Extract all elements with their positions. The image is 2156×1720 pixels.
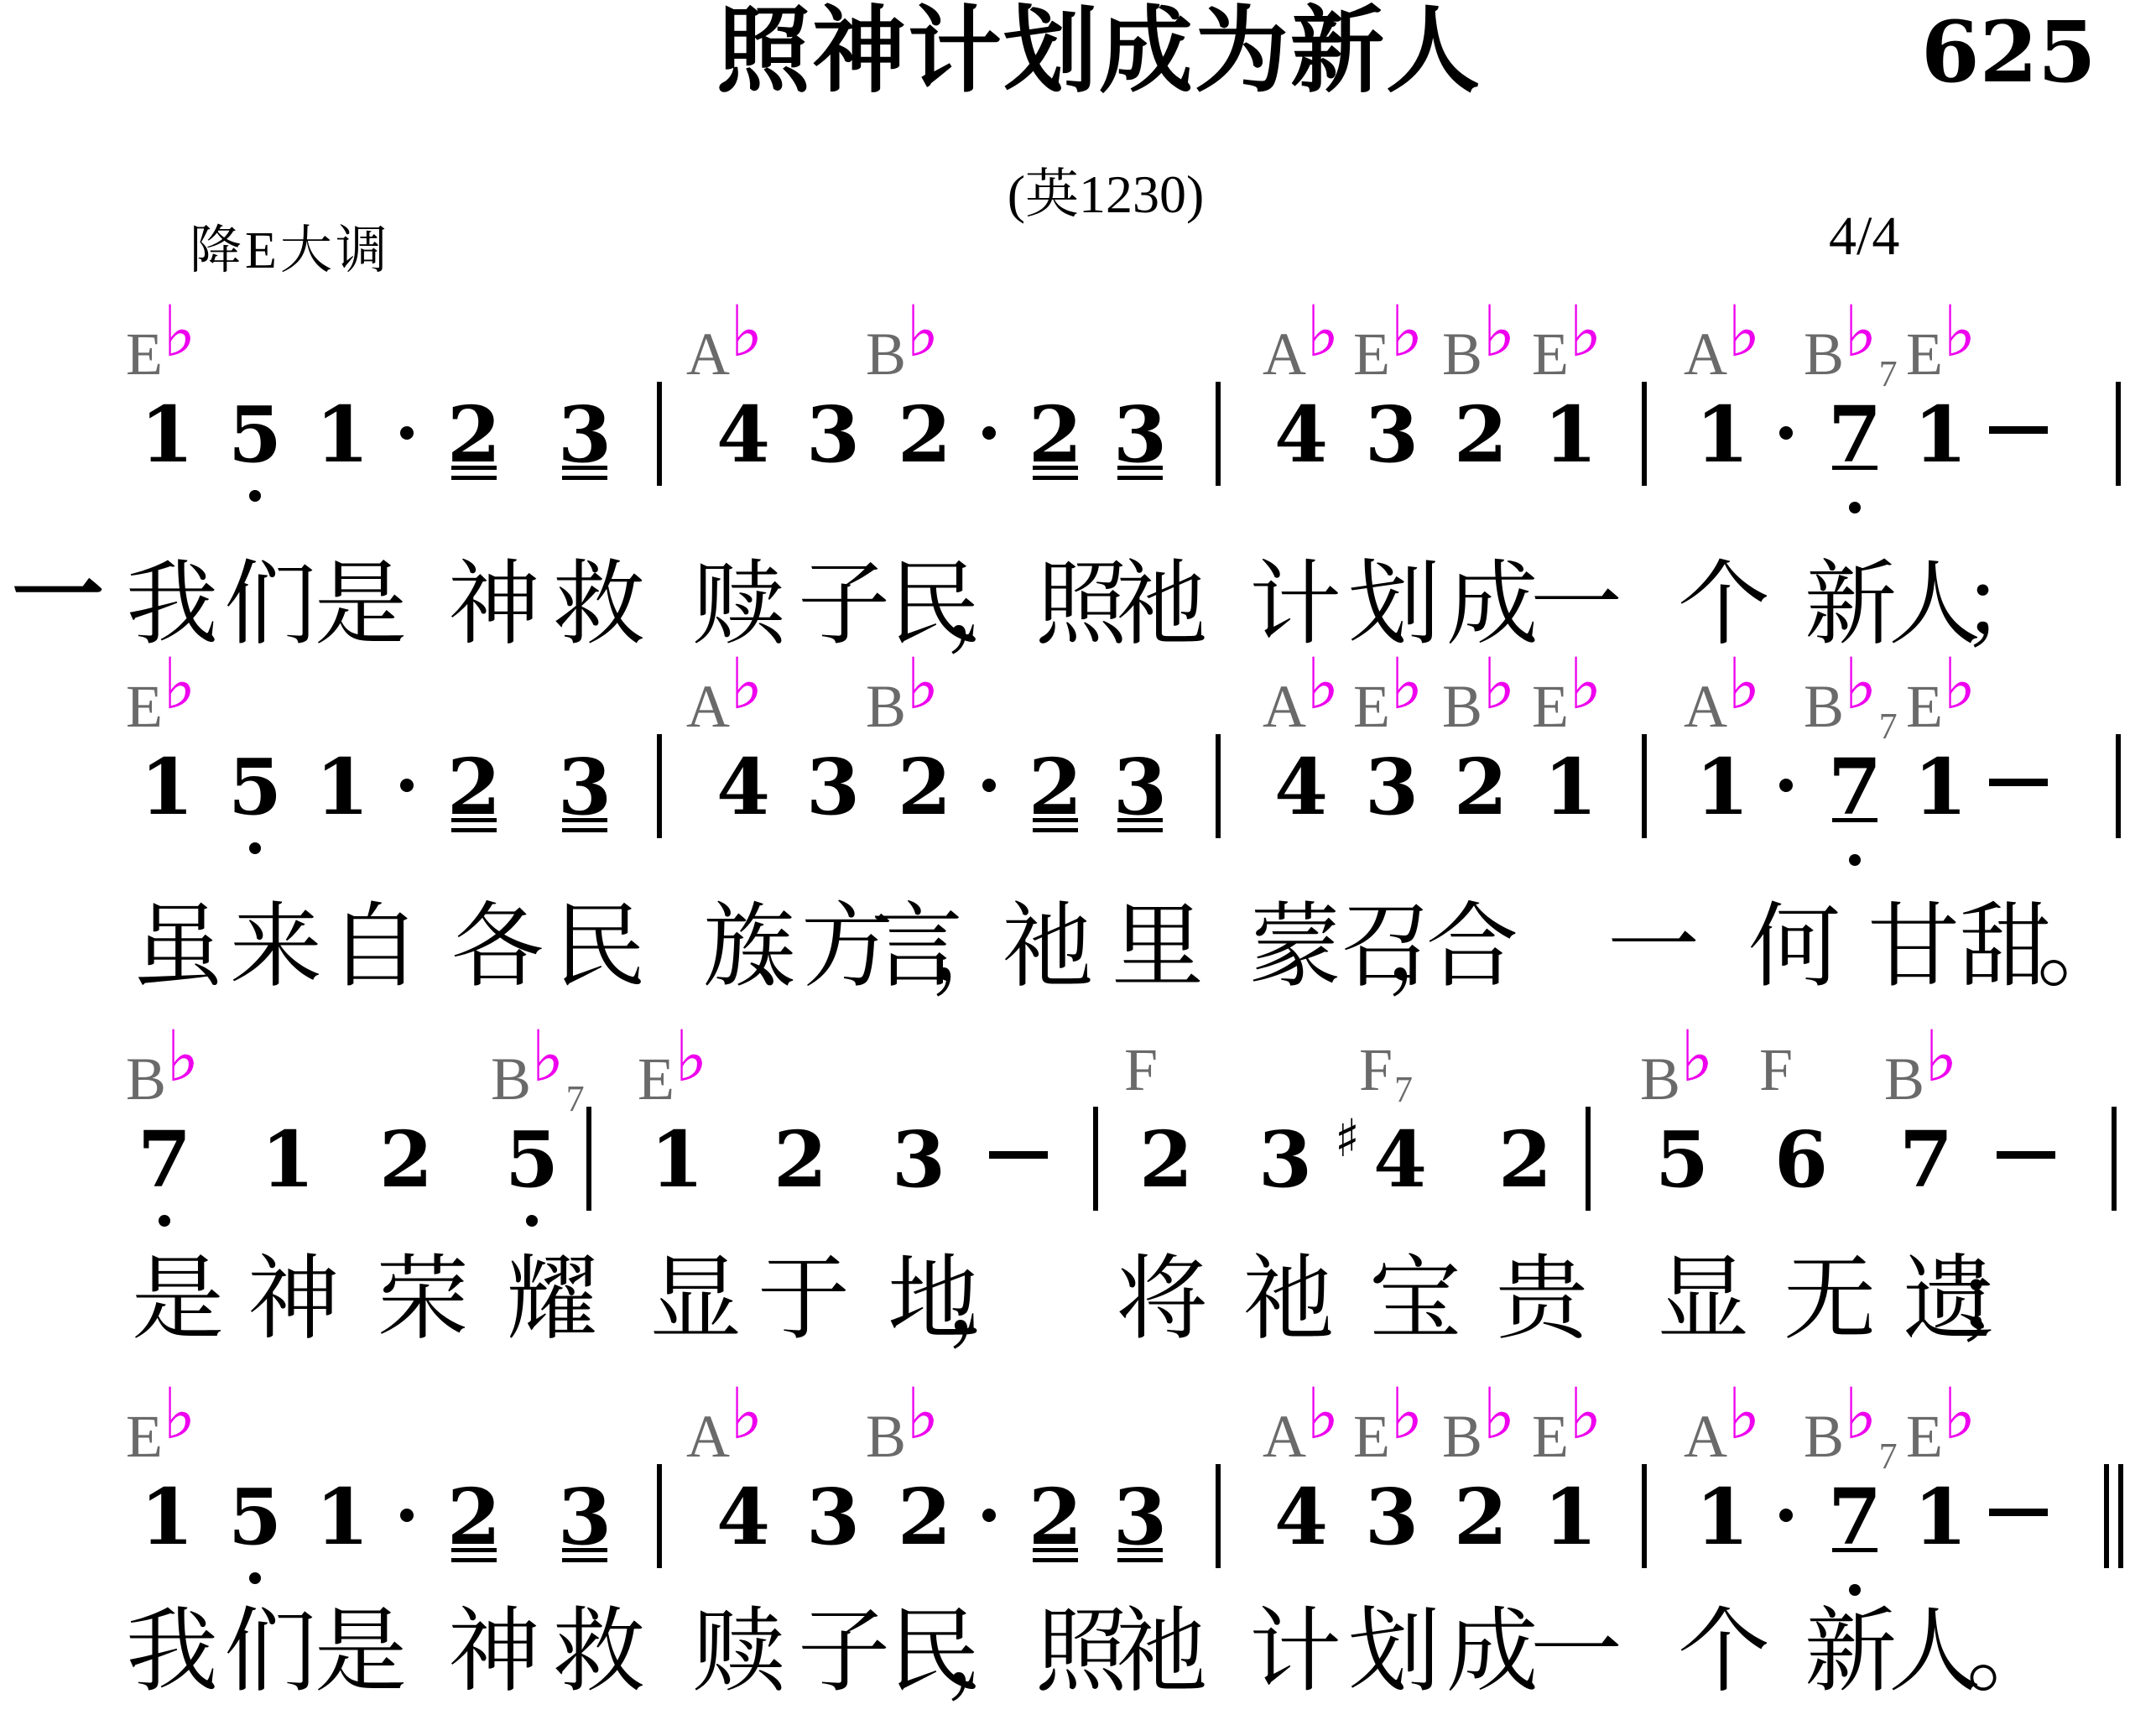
note-digit: 3 <box>806 748 860 826</box>
note-digit: 3 <box>1113 748 1167 826</box>
note-digit: 4 <box>1274 396 1328 473</box>
dash-note <box>1989 779 2048 786</box>
note-underline <box>1117 466 1163 470</box>
chord-symbol: E♭ <box>638 1040 708 1110</box>
note-digit: 7 <box>1828 748 1882 826</box>
chord-seventh: 7 <box>1879 708 1898 745</box>
barline <box>586 1107 591 1211</box>
note-digit: 1 <box>1914 1478 1967 1556</box>
note-underline <box>451 1548 497 1552</box>
note-digit: 2 <box>379 1121 433 1198</box>
note-digit: 1 <box>1695 748 1749 826</box>
note-underline <box>1117 828 1163 832</box>
lyric-char: 于 <box>758 1254 850 1346</box>
note-digit: 2 <box>1454 748 1508 826</box>
flat-sign: ♭ <box>1569 1379 1602 1449</box>
lyric-char: 成 <box>1446 559 1539 651</box>
note-digit: 6 <box>1774 1121 1828 1198</box>
chord-symbol: E♭ <box>1353 667 1424 738</box>
lyric-char: 计 <box>1249 559 1341 651</box>
lyric-char: 个 <box>1678 1606 1770 1698</box>
flat-sign: ♭ <box>1943 649 1976 719</box>
barline <box>1586 1107 1591 1211</box>
lyric-char: 神 <box>448 1606 540 1698</box>
duration-dot <box>400 779 414 792</box>
lyric-char: 划 <box>1348 1606 1440 1698</box>
note-digit: 1 <box>1695 396 1749 473</box>
barline <box>2116 734 2121 838</box>
chord-symbol: B♭ <box>126 1040 200 1110</box>
note-underline <box>451 476 497 480</box>
barline <box>1642 382 1647 486</box>
chord-root: E <box>1532 1403 1569 1470</box>
flat-sign: ♭ <box>1390 296 1424 367</box>
chord-symbol: B♭ <box>866 667 940 738</box>
note-underline <box>1117 1558 1163 1562</box>
lyric-char: 来 <box>230 901 322 993</box>
chord-symbol: E♭ <box>1906 667 1976 738</box>
note-digit: 2 <box>1454 396 1508 473</box>
lyric-char: 成 <box>1446 1606 1539 1698</box>
lyric-char: 神 <box>448 559 540 651</box>
chord-root: E <box>1532 673 1569 740</box>
lyric-char: 子 <box>798 559 890 651</box>
lyric-char: 何 <box>1748 901 1841 993</box>
chord-symbol: B♭7 <box>1804 315 1898 385</box>
hymn-sheet: 625 照神计划成为新人 (英1230) 降E大调 4/4 E♭A♭B♭A♭E♭… <box>0 0 2156 1720</box>
chord-symbol: A♭ <box>1263 315 1340 385</box>
flat-sign: ♭ <box>906 1379 940 1449</box>
lyric-char: 一 <box>1607 901 1700 993</box>
flat-sign: ♭ <box>1727 296 1761 367</box>
lyric-char: 是 <box>315 559 407 651</box>
lyric-char: 显 <box>649 1254 742 1346</box>
chord-symbol: B♭7 <box>1804 1397 1898 1467</box>
lyric-char: 民 <box>554 901 646 993</box>
chord-root: A <box>1684 1403 1727 1470</box>
lyric-char: 们 <box>224 559 316 651</box>
note-underline <box>562 1548 607 1552</box>
chord-symbol: E♭ <box>1353 315 1424 385</box>
lyric-char: 甘 <box>1867 901 1960 993</box>
lyric-char: 新 <box>1804 559 1897 651</box>
flat-sign: ♭ <box>1306 1379 1340 1449</box>
note-digit: 3 <box>1113 1478 1167 1556</box>
flat-sign: ♭ <box>1390 649 1424 719</box>
lyric-char: 蒙 <box>1249 901 1341 993</box>
chord-root: F <box>1759 1036 1793 1103</box>
lyric-char: 祂 <box>1002 901 1094 993</box>
barline <box>657 1464 662 1568</box>
note-underline <box>451 818 497 822</box>
chord-symbol: A♭ <box>1684 1397 1761 1467</box>
flat-sign: ♭ <box>1306 296 1340 367</box>
note-digit: 5 <box>228 396 282 473</box>
lyric-char: 。 <box>1966 1606 2059 1698</box>
flat-sign: ♭ <box>730 649 763 719</box>
chord-symbol: B♭7 <box>1804 667 1898 738</box>
note-underline <box>1117 1548 1163 1552</box>
duration-dot <box>1779 426 1793 440</box>
note-digit: 3 <box>558 1478 612 1556</box>
lyric-char: 个 <box>1678 559 1770 651</box>
verse-number: 一 <box>12 550 104 643</box>
lyric-char: 里 <box>1112 901 1204 993</box>
flat-sign: ♭ <box>531 1021 565 1092</box>
dash-note <box>1997 1151 2055 1159</box>
note-digit: 5 <box>228 748 282 826</box>
lyric-char: 赎 <box>693 559 785 651</box>
note-digit: 7 <box>138 1121 191 1198</box>
chord-root: B <box>491 1045 531 1113</box>
lyric-char: 照 <box>1035 1606 1127 1698</box>
note-digit: 1 <box>1695 1478 1749 1556</box>
flat-sign: ♭ <box>1943 1379 1976 1449</box>
note-digit: 2 <box>898 396 951 473</box>
flat-sign: ♭ <box>1306 649 1340 719</box>
chord-seventh: 7 <box>566 1081 585 1118</box>
dash-note <box>1989 1509 2048 1516</box>
note-digit: 2 <box>1454 1478 1508 1556</box>
chord-symbol: E♭ <box>1532 667 1602 738</box>
note-underline <box>1117 818 1163 822</box>
octave-dot <box>249 490 261 502</box>
barline <box>2116 382 2121 486</box>
chord-root: E <box>1906 673 1943 740</box>
lyric-char: 子 <box>798 1606 890 1698</box>
note-underline <box>1033 1558 1078 1562</box>
chord-root: B <box>1442 1403 1482 1470</box>
hymn-subtitle: (英1230) <box>1008 151 1205 228</box>
note-digit: 1 <box>315 396 369 473</box>
duration-dot <box>982 779 996 792</box>
flat-sign: ♭ <box>166 1021 200 1092</box>
chord-symbol: F7 <box>1359 1040 1413 1100</box>
octave-dot <box>1849 854 1861 866</box>
chord-seventh: 7 <box>1879 356 1898 393</box>
chord-symbol: A♭ <box>686 315 763 385</box>
flat-sign: ♭ <box>730 296 763 367</box>
lyric-char: ， <box>946 1254 1039 1346</box>
note-digit: 3 <box>1258 1121 1312 1198</box>
chord-root: A <box>686 321 730 388</box>
flat-sign: ♭ <box>1390 1379 1424 1449</box>
duration-dot <box>982 1509 996 1522</box>
lyric-char: 祂 <box>1116 559 1208 651</box>
chord-symbol: E♭ <box>1532 1397 1602 1467</box>
lyric-char: ； <box>1955 1254 2047 1346</box>
sharp-sign: ♯ <box>1335 1113 1360 1165</box>
note-underline <box>451 1558 497 1562</box>
lyric-char: 自 <box>329 901 421 993</box>
flat-sign: ♭ <box>730 1379 763 1449</box>
duration-dot <box>1779 779 1793 792</box>
note-digit: 3 <box>892 1121 945 1198</box>
chord-root: A <box>686 1403 730 1470</box>
note-digit: 7 <box>1899 1121 1953 1198</box>
chord-root: B <box>1442 321 1482 388</box>
flat-sign: ♭ <box>1924 1021 1958 1092</box>
chord-root: A <box>1263 673 1306 740</box>
lyric-char: 赎 <box>693 1606 785 1698</box>
duration-dot <box>1779 1509 1793 1522</box>
note-digit: 1 <box>315 748 369 826</box>
note-underline <box>1832 818 1877 822</box>
flat-sign: ♭ <box>1482 649 1516 719</box>
barline <box>1093 1107 1098 1211</box>
note-digit: 2 <box>898 1478 951 1556</box>
barline <box>1216 734 1221 838</box>
note-digit: 5 <box>228 1478 282 1556</box>
chord-root: B <box>1804 1403 1844 1470</box>
dash-note <box>989 1151 1048 1159</box>
note-digit: 5 <box>1655 1121 1709 1198</box>
lyric-char: ， <box>945 559 1037 651</box>
note-digit: 4 <box>1274 748 1328 826</box>
chord-root: E <box>1353 321 1390 388</box>
octave-dot <box>1849 1584 1861 1596</box>
lyric-char: 划 <box>1348 559 1440 651</box>
lyric-char: 是 <box>315 1606 407 1698</box>
note-digit: 1 <box>1914 396 1967 473</box>
chord-symbol: E♭ <box>126 1397 196 1467</box>
lyric-char: 一 <box>1530 559 1622 651</box>
note-digit: 1 <box>140 396 194 473</box>
note-underline <box>451 828 497 832</box>
lyric-char: 。 <box>2037 901 2129 993</box>
note-underline <box>1033 476 1078 480</box>
lyric-char: 祂 <box>1242 1254 1335 1346</box>
chord-root: B <box>1640 1045 1680 1113</box>
note-underline <box>1033 818 1078 822</box>
chord-root: A <box>686 673 730 740</box>
lyric-char: 宝 <box>1369 1254 1461 1346</box>
note-digit: 4 <box>1274 1478 1328 1556</box>
note-digit: 2 <box>773 1121 827 1198</box>
note-underline <box>451 466 497 470</box>
note-digit: 4 <box>1373 1121 1427 1198</box>
note-digit: 1 <box>1914 748 1967 826</box>
flat-sign: ♭ <box>906 649 940 719</box>
chord-symbol: B♭ <box>1442 667 1516 738</box>
lyric-char: 各 <box>451 901 544 993</box>
flat-sign: ♭ <box>1680 1021 1714 1092</box>
time-signature: 4/4 <box>1829 205 1899 268</box>
note-underline <box>1033 828 1078 832</box>
chord-root: B <box>1804 321 1844 388</box>
chord-root: B <box>866 673 906 740</box>
barline <box>2112 1107 2117 1211</box>
chord-symbol: B♭ <box>866 315 940 385</box>
note-underline <box>1033 466 1078 470</box>
chord-root: B <box>1884 1045 1924 1113</box>
note-digit: 1 <box>650 1121 704 1198</box>
lyric-char: 荣 <box>377 1254 469 1346</box>
note-underline <box>1033 1548 1078 1552</box>
note-digit: 2 <box>447 396 501 473</box>
note-digit: 3 <box>558 396 612 473</box>
lyric-char: 无 <box>1784 1254 1876 1346</box>
octave-dot <box>249 1572 261 1584</box>
chord-symbol: B♭ <box>1640 1040 1714 1110</box>
flat-sign: ♭ <box>1943 296 1976 367</box>
barline <box>657 734 662 838</box>
lyric-char: 祂 <box>1116 1606 1208 1698</box>
chord-root: E <box>638 1045 674 1113</box>
chord-symbol: E♭ <box>1532 315 1602 385</box>
barline <box>1642 1464 1647 1568</box>
chord-symbol: E♭ <box>1906 1397 1976 1467</box>
flat-sign: ♭ <box>163 649 196 719</box>
chord-symbol: A♭ <box>686 1397 763 1467</box>
duration-dot <box>982 426 996 440</box>
chord-symbol: B♭ <box>1442 315 1516 385</box>
chord-root: A <box>1263 321 1306 388</box>
chord-root: E <box>126 321 163 388</box>
note-digit: 7 <box>1828 1478 1882 1556</box>
lyric-char: 耀 <box>506 1254 598 1346</box>
note-digit: 1 <box>315 1478 369 1556</box>
note-digit: 4 <box>716 748 770 826</box>
barline <box>1642 734 1647 838</box>
chord-symbol: F <box>1124 1040 1158 1100</box>
flat-sign: ♭ <box>1482 296 1516 367</box>
chord-symbol: B♭ <box>1884 1040 1958 1110</box>
flat-sign: ♭ <box>1844 1379 1877 1449</box>
key-signature: 降E大调 <box>190 208 391 283</box>
lyric-char: 计 <box>1249 1606 1341 1698</box>
flat-sign: ♭ <box>674 1021 708 1092</box>
lyric-char: 新 <box>1804 1606 1897 1698</box>
note-underline <box>562 818 607 822</box>
lyric-char: 一 <box>1530 1606 1622 1698</box>
lyric-char: 救 <box>553 559 645 651</box>
note-digit: 2 <box>1139 1121 1193 1198</box>
lyric-char: 神 <box>247 1254 340 1346</box>
chord-symbol: A♭ <box>686 667 763 738</box>
chord-symbol: A♭ <box>1684 667 1761 738</box>
chord-symbol: B♭ <box>866 1397 940 1467</box>
flat-sign: ♭ <box>1727 1379 1761 1449</box>
chord-root: E <box>1353 673 1390 740</box>
chord-root: B <box>1442 673 1482 740</box>
duration-dot <box>400 426 414 440</box>
note-digit: 1 <box>140 748 194 826</box>
dash-note <box>1989 426 2048 434</box>
note-digit: 1 <box>140 1478 194 1556</box>
chord-symbol: A♭ <box>1684 315 1761 385</box>
note-digit: 1 <box>261 1121 315 1198</box>
lyric-char: 们 <box>224 1606 316 1698</box>
note-digit: 2 <box>1029 1478 1082 1556</box>
chord-symbol: E♭ <box>1353 1397 1424 1467</box>
chord-symbol: B♭ <box>1442 1397 1516 1467</box>
note-underline <box>1832 1548 1877 1552</box>
note-digit: 7 <box>1828 396 1882 473</box>
note-digit: 3 <box>1113 396 1167 473</box>
chord-symbol: E♭ <box>126 315 196 385</box>
chord-seventh: 7 <box>1879 1438 1898 1475</box>
lyric-char: 虽 <box>132 901 224 993</box>
note-underline <box>562 476 607 480</box>
lyric-char: 是 <box>132 1254 224 1346</box>
chord-root: F <box>1359 1036 1393 1103</box>
note-digit: 3 <box>1365 748 1419 826</box>
chord-symbol: A♭ <box>1263 1397 1340 1467</box>
chord-root: A <box>1684 673 1727 740</box>
lyric-char: 我 <box>126 1606 218 1698</box>
chord-root: B <box>126 1045 166 1113</box>
lyric-char: 照 <box>1035 559 1127 651</box>
chord-seventh: 7 <box>1394 1071 1413 1108</box>
octave-dot <box>526 1215 538 1227</box>
barline <box>1216 1464 1221 1568</box>
note-digit: 3 <box>1365 396 1419 473</box>
note-digit: 1 <box>1544 1478 1597 1556</box>
note-underline <box>562 1558 607 1562</box>
note-digit: 4 <box>716 396 770 473</box>
note-digit: 3 <box>1365 1478 1419 1556</box>
octave-dot <box>249 842 261 854</box>
chord-root: E <box>1906 321 1943 388</box>
octave-dot <box>1849 502 1861 513</box>
final-barline <box>2118 1464 2123 1568</box>
lyric-char: 合 <box>1426 901 1518 993</box>
flat-sign: ♭ <box>1844 296 1877 367</box>
hymn-number: 625 <box>1921 10 2096 94</box>
chord-root: A <box>1263 1403 1306 1470</box>
chord-root: B <box>866 1403 906 1470</box>
chord-symbol: B♭7 <box>491 1040 585 1110</box>
chord-root: A <box>1684 321 1727 388</box>
note-digit: 3 <box>558 748 612 826</box>
note-digit: 2 <box>898 748 951 826</box>
chord-symbol: A♭ <box>1263 667 1340 738</box>
flat-sign: ♭ <box>1569 296 1602 367</box>
chord-root: E <box>1532 321 1569 388</box>
barline <box>1216 382 1221 486</box>
note-underline <box>562 466 607 470</box>
lyric-char: 显 <box>1657 1254 1749 1346</box>
barline <box>657 382 662 486</box>
note-digit: 2 <box>447 748 501 826</box>
chord-symbol: F <box>1759 1040 1793 1100</box>
note-digit: 5 <box>505 1121 559 1198</box>
note-digit: 2 <box>1029 396 1082 473</box>
chord-root: B <box>866 321 906 388</box>
chord-root: F <box>1124 1036 1158 1103</box>
hymn-title: 照神计划成为新人 <box>716 3 1482 102</box>
note-digit: 2 <box>1498 1121 1552 1198</box>
note-digit: 4 <box>716 1478 770 1556</box>
note-digit: 2 <box>1029 748 1082 826</box>
lyric-char: 贵 <box>1496 1254 1588 1346</box>
lyric-char: 将 <box>1116 1254 1208 1346</box>
duration-dot <box>400 1509 414 1522</box>
note-digit: 2 <box>447 1478 501 1556</box>
note-digit: 1 <box>1544 748 1597 826</box>
note-underline <box>1832 466 1877 470</box>
lyric-char: 我 <box>126 559 218 651</box>
flat-sign: ♭ <box>1482 1379 1516 1449</box>
chord-root: E <box>126 1403 163 1470</box>
note-digit: 3 <box>806 396 860 473</box>
note-digit: 1 <box>1544 396 1597 473</box>
flat-sign: ♭ <box>163 296 196 367</box>
chord-symbol: E♭ <box>126 667 196 738</box>
final-barline <box>2104 1464 2109 1568</box>
flat-sign: ♭ <box>1727 649 1761 719</box>
